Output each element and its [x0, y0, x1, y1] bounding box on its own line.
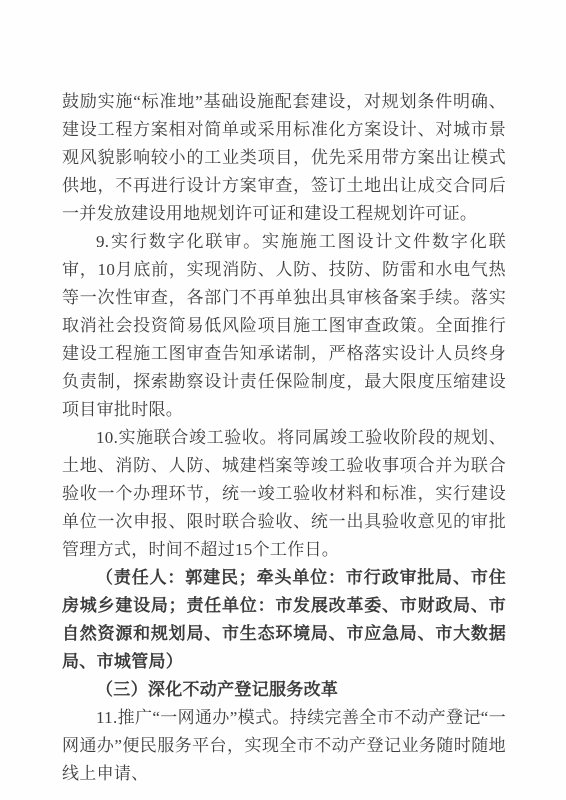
paragraph-numbered-item: 9.实行数字化联审。实施施工图设计文件数字化联审，10月底前，实现消防、人防、技…: [62, 228, 506, 424]
paragraph-numbered-item: 10.实施联合竣工验收。将同属竣工验收阶段的规划、土地、消防、人防、城建档案等竣…: [62, 424, 506, 564]
document-page: 鼓励实施“标准地”基础设施配套建设，对规划条件明确、建设工程方案相对简单或采用标…: [0, 0, 566, 800]
document-text-block: 鼓励实施“标准地”基础设施配套建设，对规划条件明确、建设工程方案相对简单或采用标…: [62, 88, 506, 788]
page-number: — 5 —: [429, 704, 484, 724]
paragraph-responsibility-clause: （责任人：郭建民；牵头单位：市行政审批局、市住房城乡建设局；责任单位：市发展改革…: [62, 564, 506, 676]
paragraph-section-heading: （三）深化不动产登记服务改革: [62, 676, 506, 704]
paragraph-body-continuation: 鼓励实施“标准地”基础设施配套建设，对规划条件明确、建设工程方案相对简单或采用标…: [62, 88, 506, 228]
